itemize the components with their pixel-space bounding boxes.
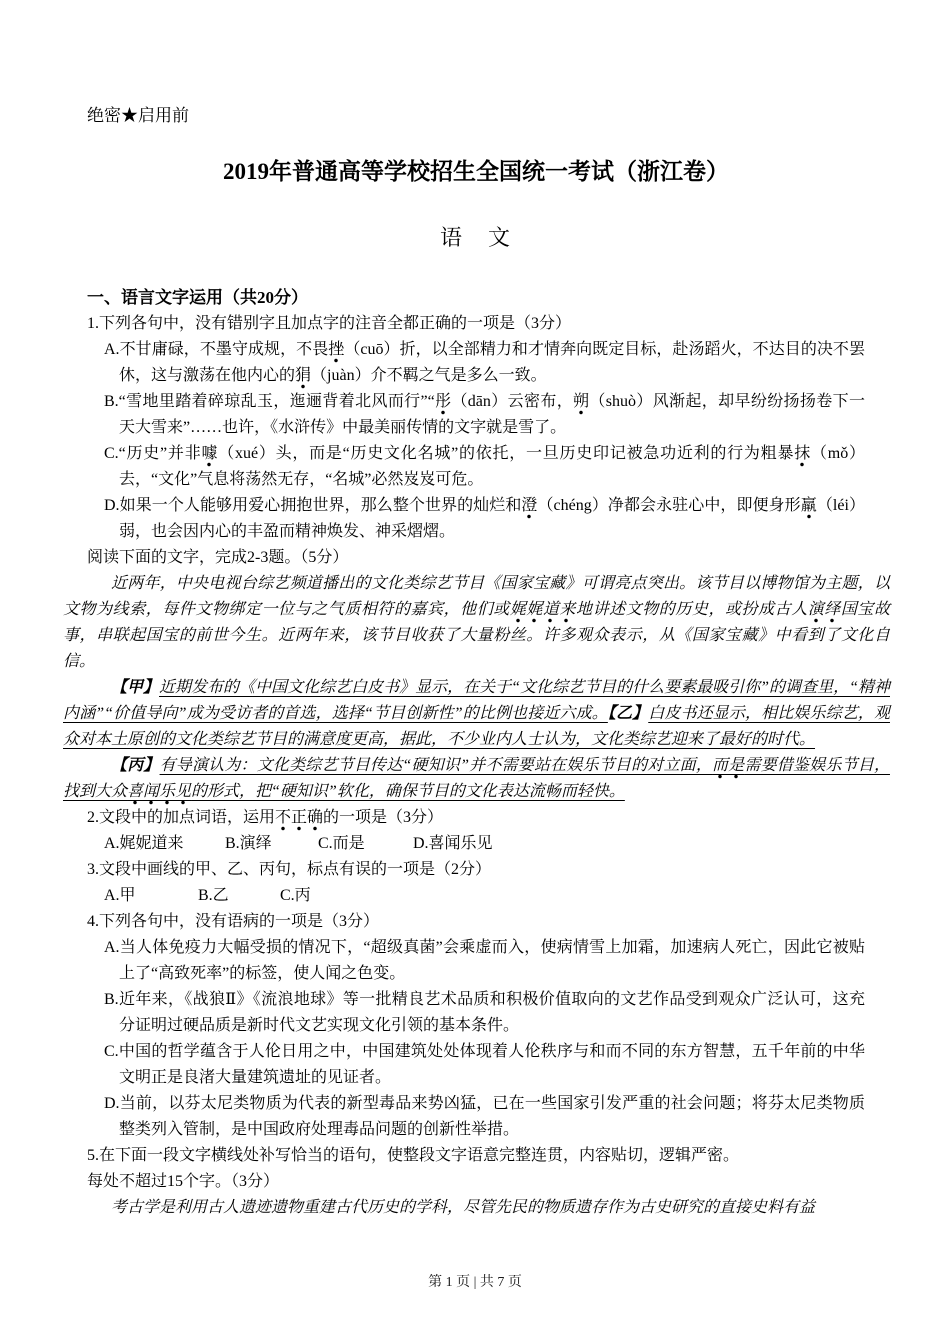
reading-intro: 阅读下面的文字，完成2-3题。（5分） (87, 545, 865, 571)
q2-stem: 2.文段中的加点词语，运用不正确的一项是（3分） (87, 805, 865, 831)
passage-paragraph-2: 【甲】近期发布的《中国文化综艺白皮书》显示，在关于“文化综艺节目的什么要素最吸引… (63, 675, 890, 753)
exam-page: 绝密★启用前 2019年普通高等学校招生全国统一考试（浙江卷） 语 文 一、语言… (0, 0, 950, 1344)
q1-option-b-label: B. (104, 393, 119, 410)
q1-option-d: D.如果一个人能够用爱心拥抱世界，那么整个世界的灿烂和澄（chéng）净都会永驻… (87, 493, 865, 545)
q4-option-b: B.近年来，《战狼Ⅱ》《流浪地球》等一批精良艺术品质和积极价值取向的文艺作品受到… (87, 987, 865, 1039)
exam-title: 2019年普通高等学校招生全国统一考试（浙江卷） (87, 155, 865, 189)
q4-option-b-label: B. (104, 991, 119, 1008)
q3-option-a: A.甲 (104, 883, 198, 909)
passage-paragraph-1: 近两年，中央电视台综艺频道播出的文化类综艺节目《国家宝藏》可谓亮点突出。该节目以… (63, 571, 890, 675)
q4-option-b-text: 近年来，《战狼Ⅱ》《流浪地球》等一批精良艺术品质和积极价值取向的文艺作品受到观众… (119, 991, 865, 1034)
q4-option-a-label: A. (104, 939, 120, 956)
q4-option-a: A.当人体免疫力大幅受损的情况下，“超级真菌”会乘虚而入，使病情雪上加霜，加速病… (87, 935, 865, 987)
page-number: 第 1 页 | 共 7 页 (428, 1275, 522, 1290)
q2-option-b: B.演绎 (225, 831, 318, 857)
q5-stem-line1: 5.在下面一段文字横线处补写恰当的语句，使整段文字语意完整连贯，内容贴切，逻辑严… (87, 1143, 865, 1169)
q1-option-a: A.不甘庸碌，不墨守成规，不畏挫（cuō）折，以全部精力和才情奔向既定目标，赴汤… (87, 337, 865, 389)
q4-option-a-text: 当人体免疫力大幅受损的情况下，“超级真菌”会乘虚而入，使病情雪上加霜，加速病人死… (119, 939, 865, 982)
q2-option-a: A.娓妮道来 (104, 831, 225, 857)
subject-title: 语 文 (87, 222, 865, 254)
q3-stem: 3.文段中画线的甲、乙、丙句，标点有误的一项是（2分） (87, 857, 865, 883)
q2-options: A.娓妮道来B.演绎C.而是D.喜闻乐见 (87, 831, 865, 857)
q1-option-d-text: 如果一个人能够用爱心拥抱世界，那么整个世界的灿烂和澄（chéng）净都会永驻心中… (119, 497, 865, 540)
passage-paragraph-3: 【丙】有导演认为：文化类综艺节目传达“硬知识”并不需要站在娱乐节目的对立面，而是… (63, 753, 890, 805)
q4-stem: 4.下列各句中，没有语病的一项是（3分） (87, 909, 865, 935)
q1-option-b: B.“雪地里踏着碎琼乱玉，迤逦背着北风而行”“彤（dān）云密布，朔（shuò）… (87, 389, 865, 441)
q3-options: A.甲B.乙C.丙 (87, 883, 865, 909)
classification-label: 绝密★启用前 (87, 102, 865, 129)
q5-stem-line2: 每处不超过15个字。（3分） (87, 1169, 865, 1195)
q4-option-c-text: 中国的哲学蕴含于人伦日用之中，中国建筑处处体现着人伦秩序与和而不同的东方智慧，五… (119, 1043, 865, 1086)
q1-option-c-label: C. (104, 445, 119, 462)
q1-option-d-label: D. (104, 497, 120, 514)
q2-option-d: D.喜闻乐见 (413, 831, 493, 857)
q5-passage: 考古学是利用古人遗迹遗物重建古代历史的学科，尽管先民的物质遗存作为古史研究的直接… (63, 1195, 890, 1221)
q4-option-c-label: C. (104, 1043, 119, 1060)
q1-option-a-label: A. (104, 341, 120, 358)
section-1-heading: 一、语言文字运用（共20分） (87, 285, 865, 311)
page-footer: 第 1 页 | 共 7 页 (0, 1271, 950, 1291)
q4-option-d-label: D. (104, 1095, 120, 1112)
q4-option-c: C.中国的哲学蕴含于人伦日用之中，中国建筑处处体现着人伦秩序与和而不同的东方智慧… (87, 1039, 865, 1091)
q3-option-c: C.丙 (280, 883, 311, 909)
q1-option-c-text: “历史”并非噱（xué）头，而是“历史文化名城”的依托，一旦历史印记被急功近利的… (119, 445, 865, 488)
q1-stem: 1.下列各句中，没有错别字且加点字的注音全都正确的一项是（3分） (87, 311, 865, 337)
q3-option-b: B.乙 (198, 883, 280, 909)
reading-passage: 近两年，中央电视台综艺频道播出的文化类综艺节目《国家宝藏》可谓亮点突出。该节目以… (63, 571, 890, 805)
q1-option-a-text: 不甘庸碌，不墨守成规，不畏挫（cuō）折，以全部精力和才情奔向既定目标，赴汤蹈火… (119, 341, 865, 389)
q1-option-b-text: “雪地里踏着碎琼乱玉，迤逦背着北风而行”“彤（dān）云密布，朔（shuò）风渐… (119, 393, 865, 436)
q2-option-c: C.而是 (318, 831, 413, 857)
q1-option-c: C.“历史”并非噱（xué）头，而是“历史文化名城”的依托，一旦历史印记被急功近… (87, 441, 865, 493)
q4-option-d: D.当前，以芬太尼类物质为代表的新型毒品来势凶猛，已在一些国家引发严重的社会问题… (87, 1091, 865, 1143)
q4-option-d-text: 当前，以芬太尼类物质为代表的新型毒品来势凶猛，已在一些国家引发严重的社会问题；将… (119, 1095, 865, 1138)
